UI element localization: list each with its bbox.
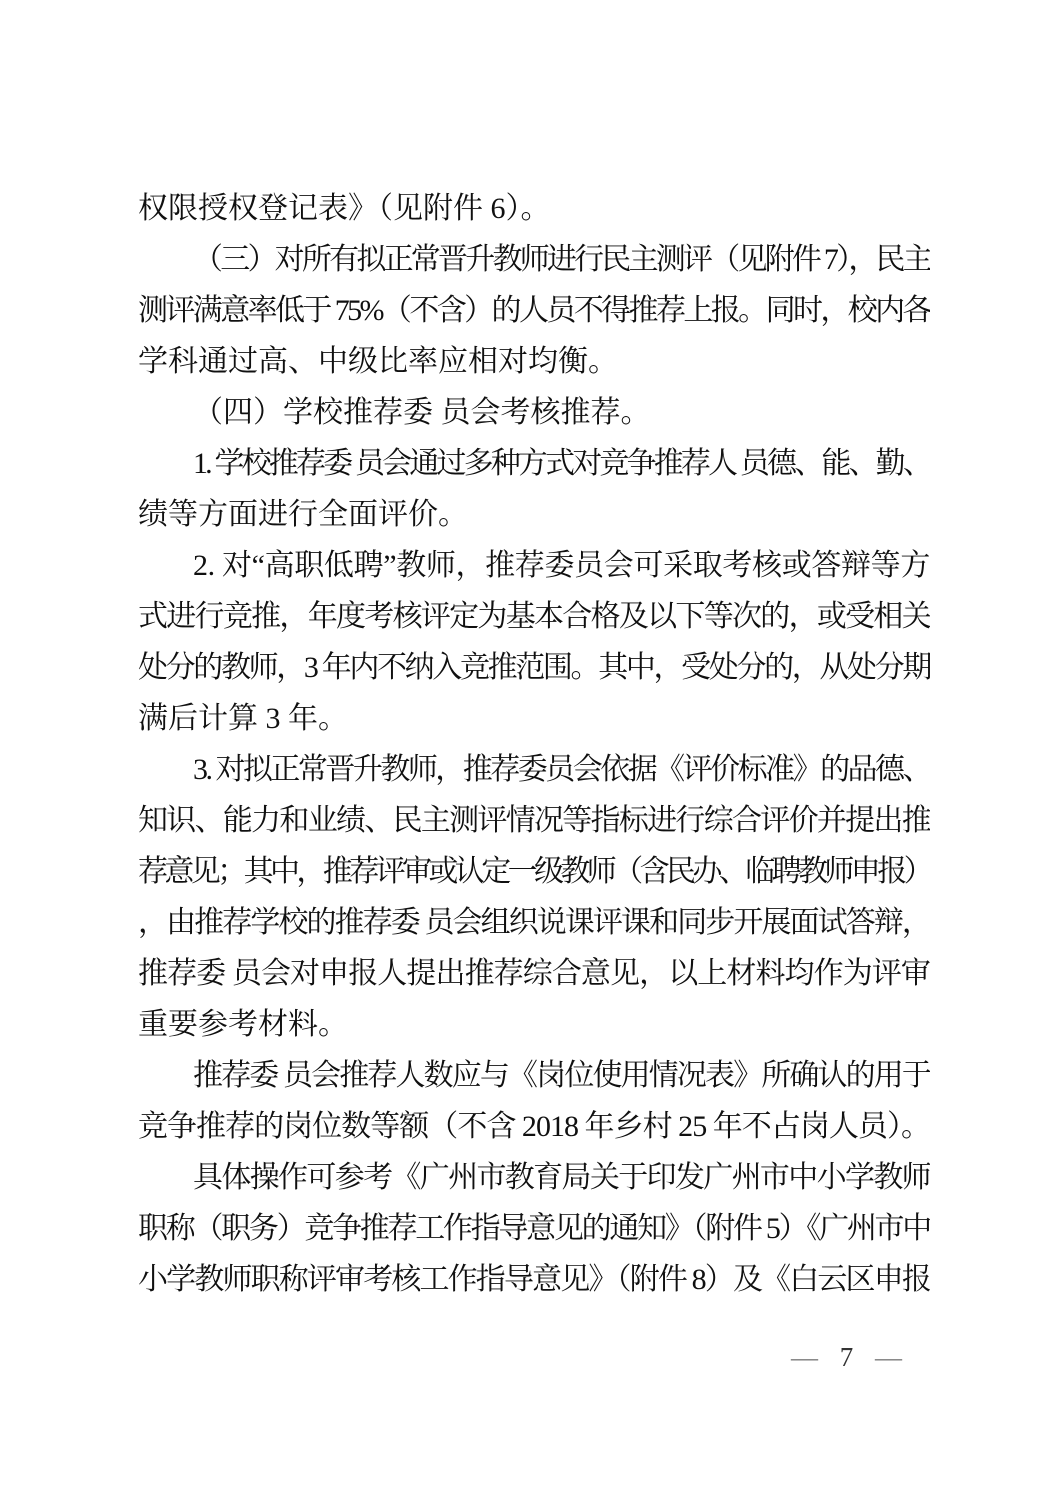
doc-line: 推荐委 员会对申报人提出推荐综合意见，以上材料均作为评审 <box>138 948 930 999</box>
doc-line: 处分的教师，3 年内不纳入竞推范围。其中，受处分的，从处分期 <box>138 642 930 693</box>
paragraph: 推荐委 员会推荐人数应与《岗位使用情况表》所确认的用于 竞争推荐的岗位数等额（不… <box>138 1050 930 1152</box>
doc-line: （四）学校推荐委 员会考核推荐。 <box>138 387 930 438</box>
doc-line: 权限授权登记表》（见附件 6）。 <box>138 183 930 234</box>
doc-line: 职称（职务）竞争推荐工作指导意见的通知》（附件 5）《广州市中 <box>138 1203 930 1254</box>
paragraph: （三）对所有拟正常晋升教师进行民主测评（见附件 7），民主 测评满意率低于 75… <box>138 234 930 387</box>
document-page: 权限授权登记表》（见附件 6）。 （三）对所有拟正常晋升教师进行民主测评（见附件… <box>0 0 1058 1497</box>
doc-line: 小学教师职称评审考核工作指导意见》（附件 8）及《白云区申报 <box>138 1254 930 1305</box>
doc-line: 式进行竞推，年度考核评定为基本合格及以下等次的，或受相关 <box>138 591 930 642</box>
doc-line: 满后计算 3 年。 <box>138 693 930 744</box>
doc-line: 2. 对“高职低聘”教师，推荐委员会可采取考核或答辩等方 <box>138 540 930 591</box>
paragraph: 具体操作可参考《广州市教育局关于印发广州市中小学教师 职称（职务）竞争推荐工作指… <box>138 1152 930 1305</box>
doc-line: 重要参考材料。 <box>138 999 930 1050</box>
doc-line: 绩等方面进行全面评价。 <box>138 489 930 540</box>
doc-line: 知识、能力和业绩、民主测评情况等指标进行综合评价并提出推 <box>138 795 930 846</box>
doc-line: 竞争推荐的岗位数等额（不含 2018 年乡村 25 年不占岗人员）。 <box>138 1101 930 1152</box>
doc-line: 3. 对拟正常晋升教师，推荐委员会依据《评价标准》的品德、 <box>138 744 930 795</box>
doc-line: 学科通过高、中级比率应相对均衡。 <box>138 336 930 387</box>
page-number-dash-left: — <box>790 1342 819 1372</box>
paragraph: 2. 对“高职低聘”教师，推荐委员会可采取考核或答辩等方 式进行竞推，年度考核评… <box>138 540 930 744</box>
paragraph: （四）学校推荐委 员会考核推荐。 <box>138 387 930 438</box>
paragraph: 1. 学校推荐委 员会通过多种方式对竞争推荐人 员德、能、勤、 绩等方面进行全面… <box>138 438 930 540</box>
doc-line: 荐意见；其中，推荐评审或认定一级教师（含民办、临聘教师申报） <box>138 846 930 897</box>
paragraph: 权限授权登记表》（见附件 6）。 <box>138 183 930 234</box>
doc-line: 具体操作可参考《广州市教育局关于印发广州市中小学教师 <box>138 1152 930 1203</box>
doc-line: 1. 学校推荐委 员会通过多种方式对竞争推荐人 员德、能、勤、 <box>138 438 930 489</box>
page-number: — 7 — <box>790 1340 903 1374</box>
doc-line: （三）对所有拟正常晋升教师进行民主测评（见附件 7），民主 <box>138 234 930 285</box>
doc-line: 推荐委 员会推荐人数应与《岗位使用情况表》所确认的用于 <box>138 1050 930 1101</box>
paragraph: 3. 对拟正常晋升教师，推荐委员会依据《评价标准》的品德、 知识、能力和业绩、民… <box>138 744 930 1050</box>
doc-line: ，由推荐学校的推荐委 员会组织说课评课和同步开展面试答辩， <box>138 897 930 948</box>
page-number-value: 7 <box>826 1342 868 1372</box>
page-number-dash-right: — <box>874 1342 903 1372</box>
document-body: 权限授权登记表》（见附件 6）。 （三）对所有拟正常晋升教师进行民主测评（见附件… <box>138 183 930 1305</box>
doc-line: 测评满意率低于 75%（不含）的人员不得推荐上报。同时，校内各 <box>138 285 930 336</box>
